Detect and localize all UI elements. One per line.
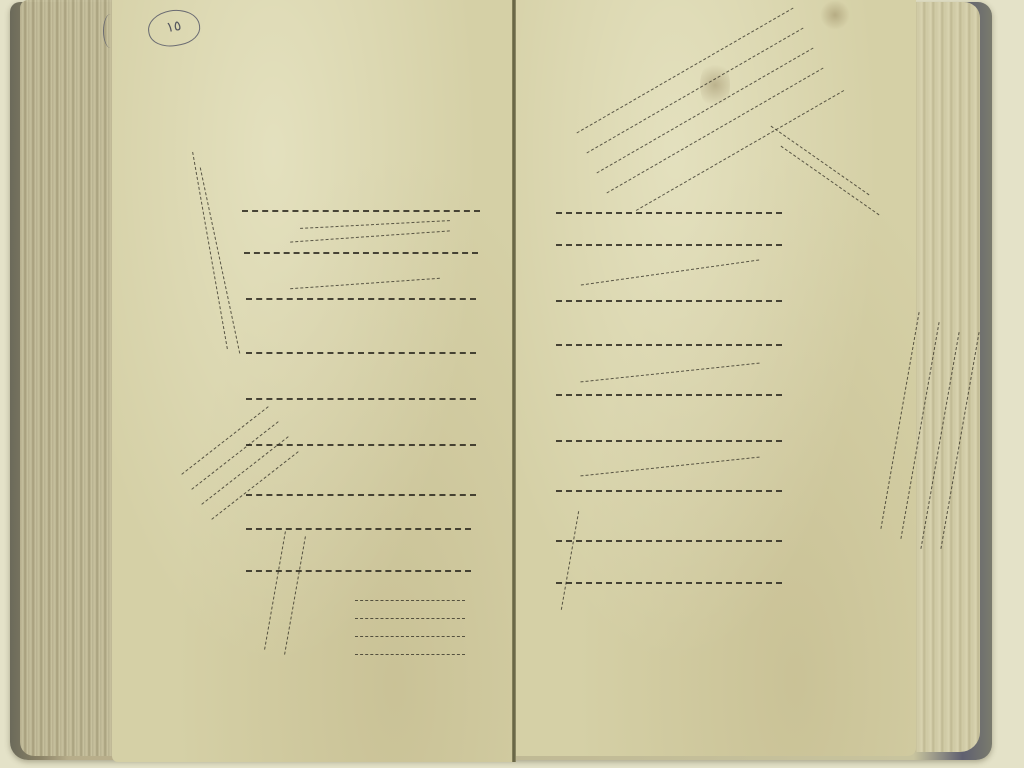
left-page: [112, 0, 516, 762]
book-gutter: [512, 0, 516, 762]
manuscript-photo: ١٥: [0, 0, 1024, 768]
left-page-edges: [20, 0, 120, 756]
ink-stain: [820, 0, 850, 30]
right-page: [514, 0, 916, 756]
pencil-mark: [103, 14, 118, 48]
